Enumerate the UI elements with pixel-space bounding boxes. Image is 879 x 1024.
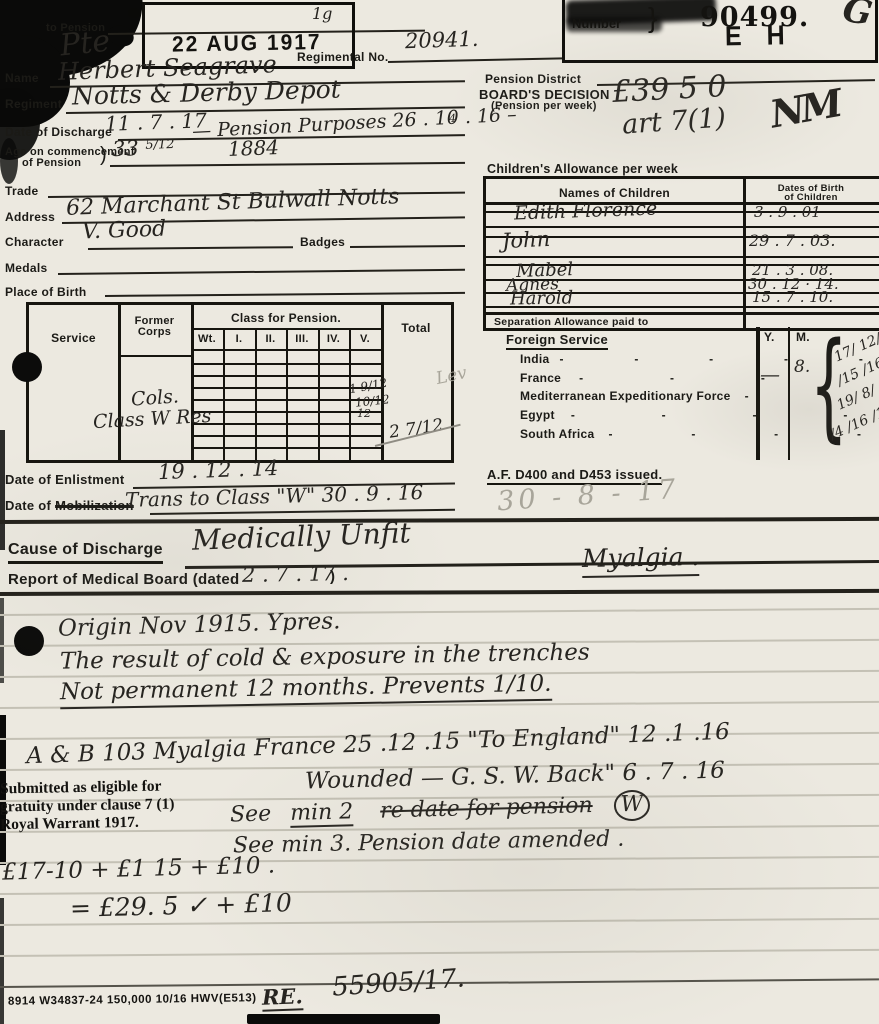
circled-w: W <box>613 790 650 822</box>
thick-rule <box>0 589 879 596</box>
grid-vline <box>286 329 288 460</box>
mobilization-date-label: Date of Mobilization <box>5 498 134 513</box>
children-allowance-title: Children's Allowance per week <box>487 162 678 176</box>
class-for-pension-header: Class for Pension. <box>191 311 381 325</box>
medical-board-close-paren: ) <box>330 568 335 585</box>
scan-edge <box>0 430 5 550</box>
age-label-line2: of Pension <box>22 157 81 169</box>
rule-line <box>105 292 465 297</box>
service-table: Class for Pension. Wt. I. II. III. IV. V… <box>26 302 454 463</box>
grid-hline <box>191 423 381 425</box>
reference-number: 55905/17. <box>331 963 466 1002</box>
struck-text: re date for pension <box>380 793 593 824</box>
diagnosis-handwriting: Myalgia . <box>582 542 700 578</box>
medical-board-label: Report of Medical Board (dated <box>8 571 240 588</box>
children-names-header: Names of Children <box>486 186 743 200</box>
gratuity-stamp-line2: gratuity under clause 7 (1) <box>0 795 175 816</box>
class-v-mark: 12 <box>357 407 371 420</box>
foreign-service-row: Egypt - - - - - <box>520 408 750 422</box>
regiment-handwriting: Notts & Derby Depot <box>72 74 341 110</box>
col-header-i: I. <box>223 333 255 345</box>
address-handwriting: 62 Marchant St Bulwall Notts <box>66 184 400 221</box>
foreign-service-title: Foreign Service <box>506 332 608 350</box>
ruled-line <box>0 949 879 957</box>
fs-vline <box>788 327 790 460</box>
row-line <box>486 312 879 315</box>
case-number-label: Number <box>572 16 621 31</box>
cause-of-discharge-label: Cause of Discharge <box>8 541 163 564</box>
header-line <box>118 355 191 357</box>
fs-months-value: 8. <box>794 357 810 377</box>
fs-months-header: M. <box>796 330 810 344</box>
gratuity-stamp-line3: Royal Warrant 1917. <box>0 814 139 834</box>
grid-hline <box>191 435 381 437</box>
row-label: South Africa <box>520 427 595 441</box>
age-handwriting: 33 5/12 <box>112 135 175 161</box>
col-header-ii: II. <box>255 333 286 345</box>
foreign-service-row: France - - - - - <box>520 371 750 385</box>
note-see-minute-3: See min 3. Pension date amended . <box>233 827 625 859</box>
age-brace: ) <box>100 144 107 167</box>
trade-label: Trade <box>5 184 39 198</box>
thick-rule <box>0 517 879 524</box>
child-dob: 29 . 7 . 03. <box>749 231 836 250</box>
mobilization-label-prefix: Date of <box>5 498 55 513</box>
regimental-no-handwriting: 20941. <box>405 27 479 54</box>
stamp-note-handwriting: 1g <box>312 4 332 23</box>
case-number-brace: } <box>648 2 657 34</box>
address-label: Address <box>5 210 55 224</box>
fs-vline <box>756 327 760 460</box>
note-calculation-2: = £29. 5 ✓ + £10 <box>70 888 293 923</box>
note-see-minute-2: See min 2 re date for pension W <box>230 792 651 828</box>
minute-ref: min 2 <box>290 799 354 828</box>
mobilization-label-struck: Mobilization <box>55 498 134 513</box>
scan-edge <box>0 598 4 683</box>
child-name: Harold <box>510 287 574 309</box>
monogram: RE. <box>262 983 304 1011</box>
discharge-date-label: Date of Discharge <box>5 125 112 139</box>
former-corps-entry-2: Class W Res <box>93 405 212 433</box>
row-label: India <box>520 352 550 366</box>
scan-edge <box>0 898 4 1024</box>
pension-district-label: Pension District <box>485 72 581 86</box>
rule-line <box>88 246 293 250</box>
grid-vline <box>318 329 320 460</box>
foreign-service-row: Mediterranean Expeditionary Force - <box>520 389 750 403</box>
col-header-v: V. <box>349 333 381 345</box>
child-dob: 15 . 7 . 10. <box>752 288 833 306</box>
col-header-iii: III. <box>286 333 318 345</box>
discharge-superscript: 4 <box>449 112 457 125</box>
character-label: Character <box>5 235 64 249</box>
rule-line <box>388 57 563 63</box>
punch-hole <box>14 626 44 656</box>
separation-allowance-label: Separation Allowance paid to <box>494 316 648 328</box>
print-code: 8914 W34837-24 150,000 10/16 HWV(E513) <box>8 992 257 1007</box>
cause-handwriting: Medically Unfit <box>191 516 411 557</box>
place-of-birth-label: Place of Birth <box>5 285 87 299</box>
col-header-iv: IV. <box>318 333 349 345</box>
regimental-no-label: Regimental No. <box>297 50 389 64</box>
grid-hline <box>191 363 381 365</box>
grid-hline <box>191 399 381 401</box>
total-header: Total <box>381 321 451 335</box>
fs-years-header: Y. <box>764 330 775 344</box>
mobilization-handwriting: Trans to Class "W" 30 . 9 . 16 <box>125 480 424 512</box>
rule-line <box>58 269 465 275</box>
col-header-wt: Wt. <box>191 333 223 345</box>
pension-record-card: to Pension Pte 1g 22 AUG 1917 Regimental… <box>0 0 879 1024</box>
pension-scrawl: NM <box>767 80 843 136</box>
scan-bar <box>247 1014 440 1024</box>
see-word: See <box>230 801 272 827</box>
service-header: Service <box>29 331 118 345</box>
medals-label: Medals <box>5 261 47 275</box>
child-dob: 3 . 9 . 01 <box>754 203 821 221</box>
former-corps-header-2: Corps <box>118 326 191 338</box>
grid-hline <box>191 411 381 413</box>
grid-vline <box>223 329 225 460</box>
row-label: Mediterranean Expeditionary Force <box>520 389 731 403</box>
note-calculation-1: £17-10 + £1 15 + £10 . <box>2 852 276 885</box>
grid-hline <box>191 375 381 377</box>
character-handwriting: V. Good <box>82 217 167 245</box>
badges-label: Badges <box>300 235 345 249</box>
row-label: France <box>520 371 561 385</box>
fs-years-value: — <box>760 362 780 386</box>
enlistment-date-handwriting: 19 . 12 . 14 <box>158 456 279 484</box>
punch-hole <box>12 352 42 382</box>
foreign-service-row: India - - - - - - <box>520 352 750 366</box>
grid-hline <box>191 447 381 449</box>
child-name: Edith Florence <box>514 198 658 225</box>
dash-leader: - <box>745 389 749 403</box>
ink-blot <box>128 8 140 18</box>
ink-blot <box>0 138 18 184</box>
row-line <box>486 256 879 258</box>
grid-vline <box>255 329 257 460</box>
birth-year-handwriting: 1884 <box>228 135 280 161</box>
row-label: Egypt <box>520 408 555 422</box>
name-label: Name <box>5 71 39 85</box>
child-name: John <box>501 227 550 253</box>
enlistment-date-label: Date of Enlistment <box>5 472 125 487</box>
age-years: 33 <box>112 136 140 161</box>
age-fraction: 5/12 <box>145 137 175 153</box>
rule-line <box>110 162 465 167</box>
note-wounded: Wounded — G. S. W. Back" 6 . 7 . 16 <box>305 758 725 795</box>
rule-line <box>350 245 465 248</box>
foreign-service-row: South Africa - - - - <box>520 427 750 441</box>
initials-stamp: E H <box>725 20 794 53</box>
regiment-label: Regiment <box>5 97 62 111</box>
children-table: Names of Children Dates of Birth of Chil… <box>483 176 879 331</box>
pension-article-handwriting: art 7(1) <box>621 102 727 140</box>
